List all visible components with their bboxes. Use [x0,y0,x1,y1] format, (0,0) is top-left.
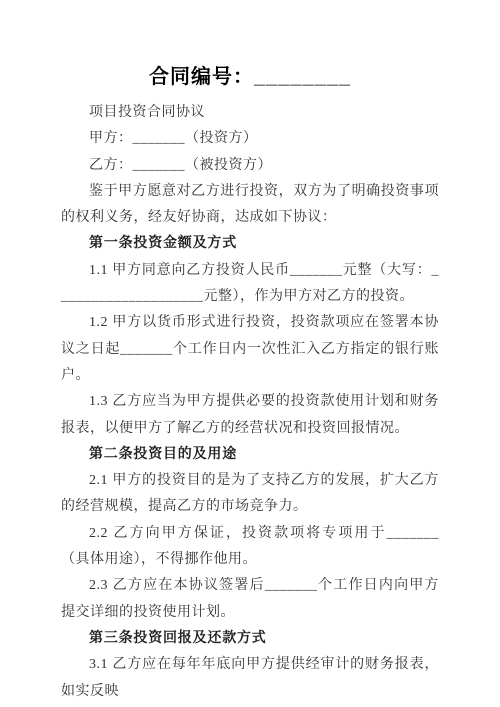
party-a-line: 甲方：_______（投资方） [61,126,439,152]
clause-1-2: 1.2 甲方以货币形式进行投资，投资款项应在签署本协议之日起_______个工作… [61,310,439,389]
clause-1-1: 1.1 甲方同意向乙方投资人民币_______元整（大写：___________… [61,258,439,311]
section-3-heading: 第三条投资回报及还款方式 [61,626,439,652]
section-1-heading: 第一条投资金额及方式 [61,231,439,257]
contract-document-page: 合同编号：________ 项目投资合同协议 甲方：_______（投资方） 乙… [0,0,500,707]
clause-2-1: 2.1 甲方的投资目的是为了支持乙方的发展，扩大乙方的经营规模，提高乙方的市场竞… [61,468,439,521]
contract-subtitle: 项目投资合同协议 [61,100,439,126]
clause-1-3: 1.3 乙方应当为甲方提供必要的投资款使用计划和财务报表，以便甲方了解乙方的经营… [61,389,439,442]
clause-2-2: 2.2 乙方向甲方保证，投资款项将专项用于_______（具体用途），不得挪作他… [61,521,439,574]
party-b-line: 乙方：_______（被投资方） [61,153,439,179]
clause-3-1: 3.1 乙方应在每年年底向甲方提供经审计的财务报表，如实反映 [61,652,439,705]
clause-2-3: 2.3 乙方应在本协议签署后_______个工作日内向甲方提交详细的投资使用计划… [61,573,439,626]
contract-number-title: 合同编号：________ [61,62,439,92]
section-2-heading: 第二条投资目的及用途 [61,442,439,468]
contract-body: 项目投资合同协议 甲方：_______（投资方） 乙方：_______（被投资方… [61,100,439,705]
preamble-paragraph: 鉴于甲方愿意对乙方进行投资，双方为了明确投资事项的权利义务，经友好协商，达成如下… [61,179,439,232]
